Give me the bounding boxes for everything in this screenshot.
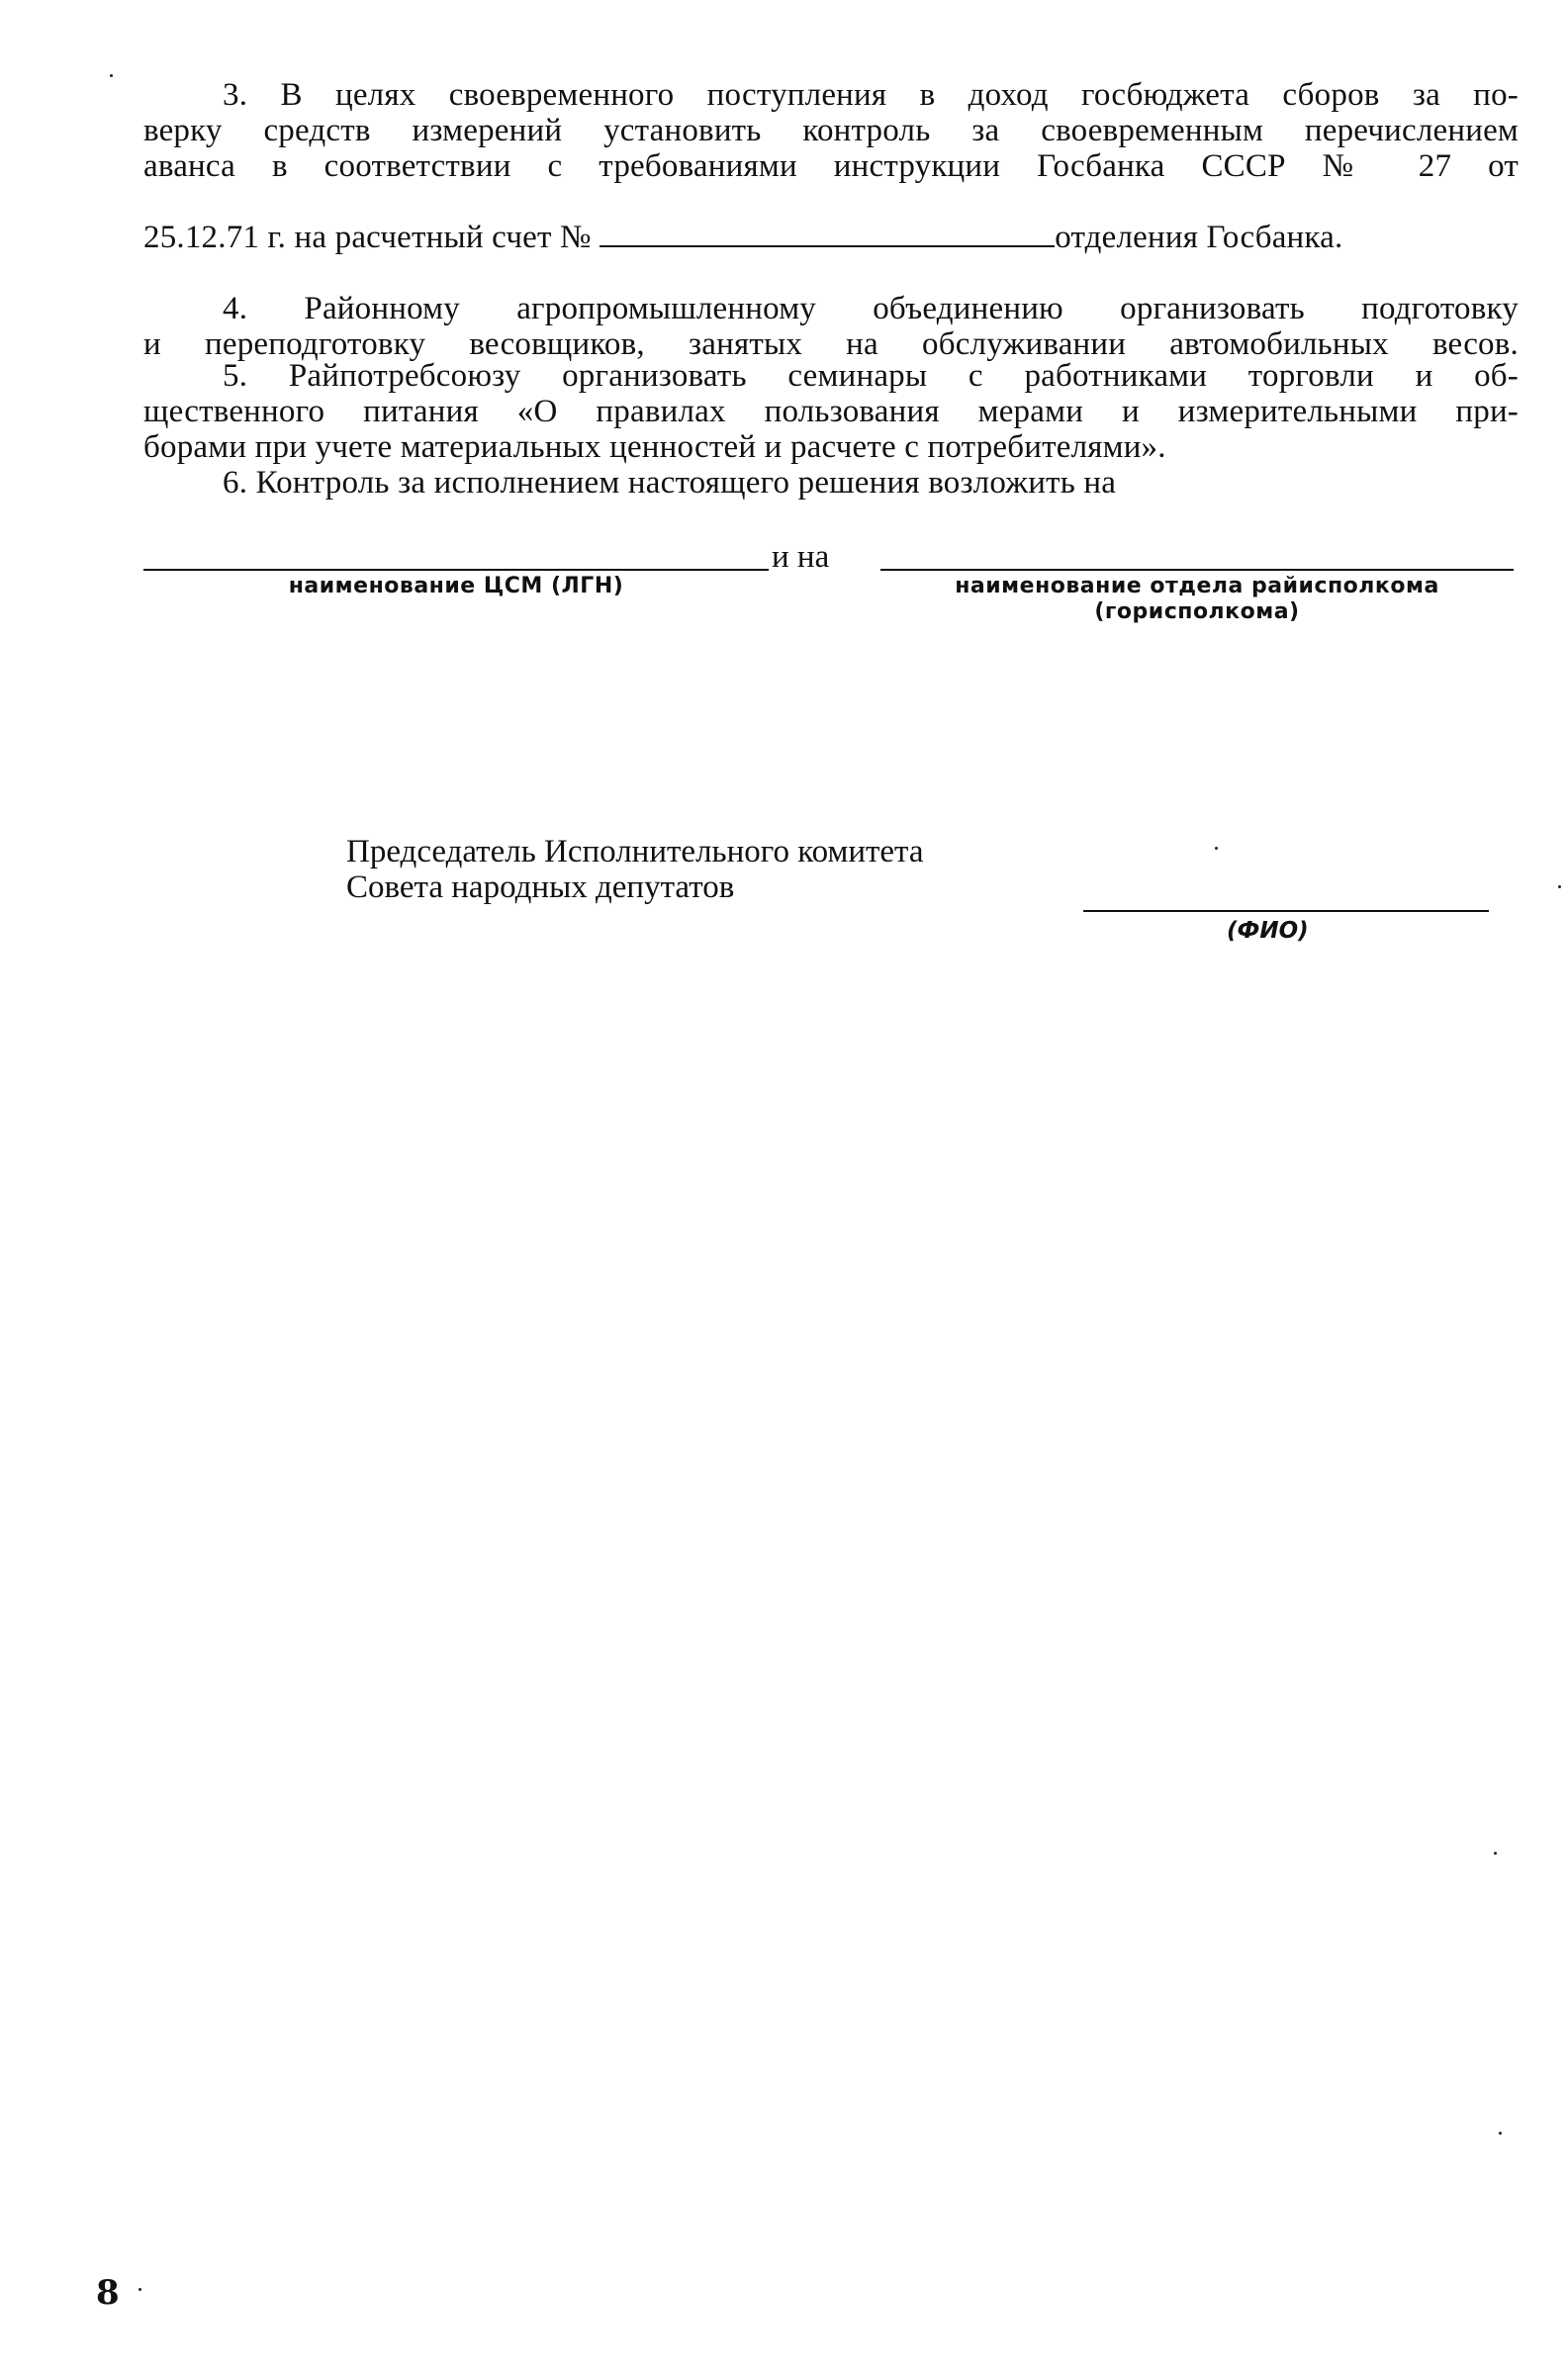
paragraph-4: 4. Районному агропромышленному объединен…	[143, 291, 1519, 362]
and-on-text: и на	[772, 539, 829, 576]
paragraph-4-line-1: 4. Районному агропромышленному объединен…	[143, 291, 1519, 326]
signature-title: Председатель Исполнительного комитета Со…	[346, 834, 924, 905]
scan-speck	[1499, 2132, 1502, 2135]
page-number: 8	[96, 2273, 120, 2313]
paragraph-4-line-2: и переподготовку весовщиков, занятых на …	[143, 326, 1519, 362]
paragraph-5-line-2: щественного питания «О правилах пользова…	[143, 394, 1519, 429]
signature-title-line-2: Совета народных депутатов	[346, 869, 924, 905]
paragraph-3-line-1: 3. В целях своевременного поступления в …	[143, 77, 1519, 113]
scan-speck	[110, 74, 113, 77]
scan-speck	[1215, 847, 1218, 850]
paragraph-6-line-1: 6. Контроль за исполнением настоящего ре…	[143, 465, 1519, 501]
department-caption-line-2: (горисполкома)	[880, 600, 1514, 624]
paragraph-6: 6. Контроль за исполнением настоящего ре…	[143, 465, 1519, 501]
csm-name-field[interactable]	[143, 569, 769, 571]
scan-speck	[138, 2288, 141, 2291]
paragraph-5-line-1: 5. Райпотребсоюзу организовать семинары …	[143, 358, 1519, 394]
department-name-field[interactable]	[880, 569, 1514, 571]
account-number-field[interactable]	[600, 220, 1055, 247]
responsible-parties-row: и на наименование ЦСМ (ЛГН) наименование…	[143, 539, 1519, 648]
scan-speck	[1494, 1852, 1497, 1855]
document-page: 3. В целях своевременного поступления в …	[0, 0, 1568, 2377]
csm-caption: наименование ЦСМ (ЛГН)	[143, 575, 769, 598]
signature-title-line-1: Председатель Исполнительного комитета	[346, 834, 924, 869]
department-caption-line-1: наименование отдела райисполкома	[880, 575, 1514, 598]
paragraph-5-line-3: борами при учете материальных ценностей …	[143, 429, 1519, 465]
paragraph-3-line-3: аванса в соответствии с требованиями инс…	[143, 148, 1519, 184]
account-prefix: 25.12.71 г. на расчетный счет №	[143, 220, 592, 255]
fio-signature-field[interactable]	[1083, 910, 1489, 912]
paragraph-5: 5. Райпотребсоюзу организовать семинары …	[143, 358, 1519, 465]
account-line: 25.12.71 г. на расчетный счет № отделени…	[143, 220, 1519, 255]
fio-caption: (ФИО)	[1227, 918, 1309, 944]
paragraph-3-line-2: верку средств измерений установить контр…	[143, 113, 1519, 148]
paragraph-3: 3. В целях своевременного поступления в …	[143, 77, 1519, 184]
account-suffix: отделения Госбанка.	[1055, 220, 1342, 255]
scan-speck	[1558, 885, 1561, 888]
